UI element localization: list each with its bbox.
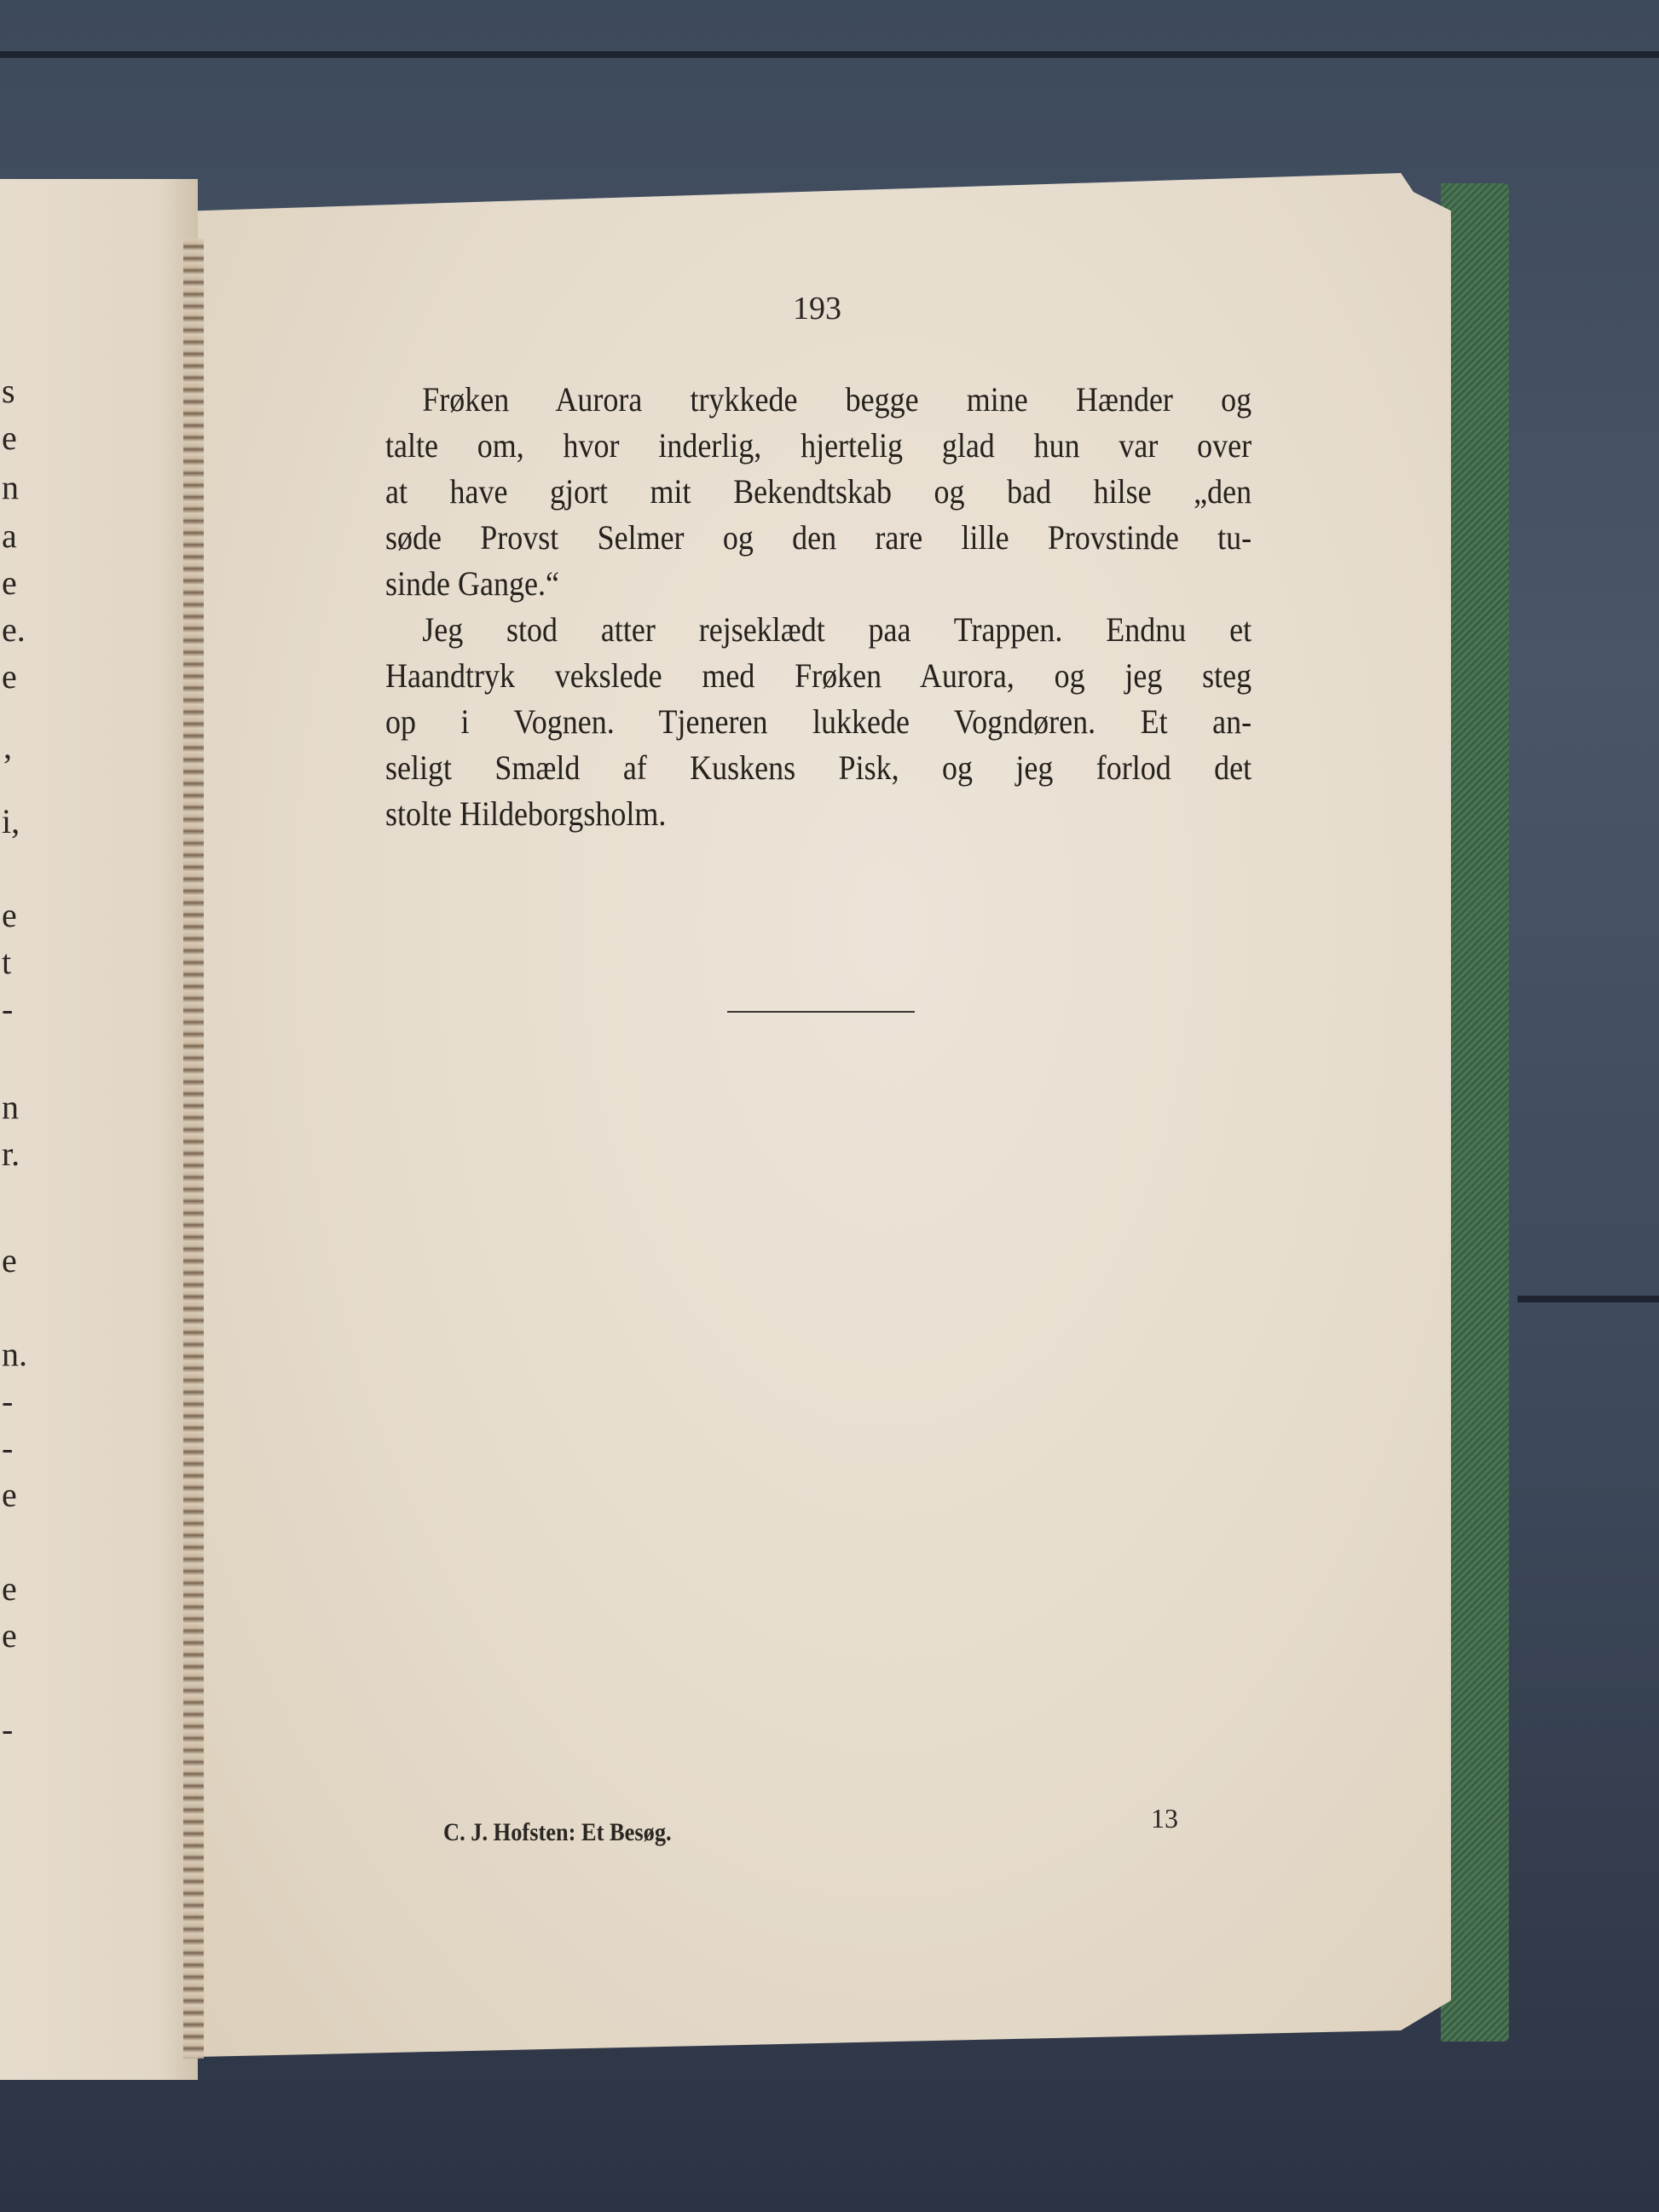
left-glyph: e	[2, 563, 17, 603]
left-glyph: ’	[2, 746, 13, 786]
text-line: stolte Hildeborgsholm.	[385, 791, 1251, 837]
book-spine-stitching	[183, 239, 204, 2059]
table-plank-gap	[1517, 1296, 1659, 1302]
text-line: at have gjort mit Bekendtskab og bad hil…	[385, 469, 1251, 515]
sheet-number: 13	[1151, 1803, 1178, 1834]
left-glyph: e	[2, 1568, 17, 1608]
text-line: Frøken Aurora trykkede begge mine Hænder…	[385, 377, 1251, 423]
left-glyph: n.	[2, 1334, 27, 1374]
left-glyph: e	[2, 1475, 17, 1515]
text-line: op i Vognen. Tjeneren lukkede Vogndøren.…	[385, 699, 1251, 745]
signature-line: C. J. Hofsten: Et Besøg.	[443, 1818, 672, 1847]
left-glyph: i,	[2, 801, 20, 841]
left-glyph: e	[2, 895, 17, 935]
text-line: Haandtryk vekslede med Frøken Aurora, og…	[385, 653, 1251, 699]
left-glyph: s	[2, 371, 15, 411]
page-body-text: Frøken Aurora trykkede begge mine Hænder…	[385, 377, 1251, 837]
text-line: seligt Smæld af Kuskens Pisk, og jeg for…	[385, 745, 1251, 791]
left-glyph: r.	[2, 1134, 20, 1174]
left-glyph: a	[2, 516, 17, 556]
left-glyph: -	[2, 1709, 13, 1749]
left-glyph: e	[2, 1240, 17, 1280]
left-glyph: n	[2, 467, 19, 507]
text-line: Jeg stod atter rejseklædt paa Trappen. E…	[385, 607, 1251, 653]
book-cover-green-cloth	[1441, 183, 1509, 2042]
table-plank-gap	[0, 51, 1659, 58]
left-glyph: e.	[2, 609, 26, 650]
left-glyph: t	[2, 942, 11, 982]
left-page: s e n a e e. e ’ i, e t - n r. e n. - - …	[0, 179, 198, 2080]
left-glyph: e	[2, 1615, 17, 1655]
left-glyph: n	[2, 1087, 19, 1127]
text-line: sinde Gange.“	[385, 561, 1251, 607]
page-number: 193	[793, 290, 841, 327]
left-glyph: -	[2, 1381, 13, 1421]
text-line: søde Provst Selmer og den rare lille Pro…	[385, 515, 1251, 561]
left-glyph: -	[2, 1428, 13, 1468]
chapter-end-rule	[727, 1011, 915, 1013]
text-line: talte om, hvor inderlig, hjertelig glad …	[385, 423, 1251, 469]
left-glyph: e	[2, 418, 17, 458]
left-glyph: e	[2, 656, 17, 696]
left-glyph: -	[2, 989, 13, 1029]
